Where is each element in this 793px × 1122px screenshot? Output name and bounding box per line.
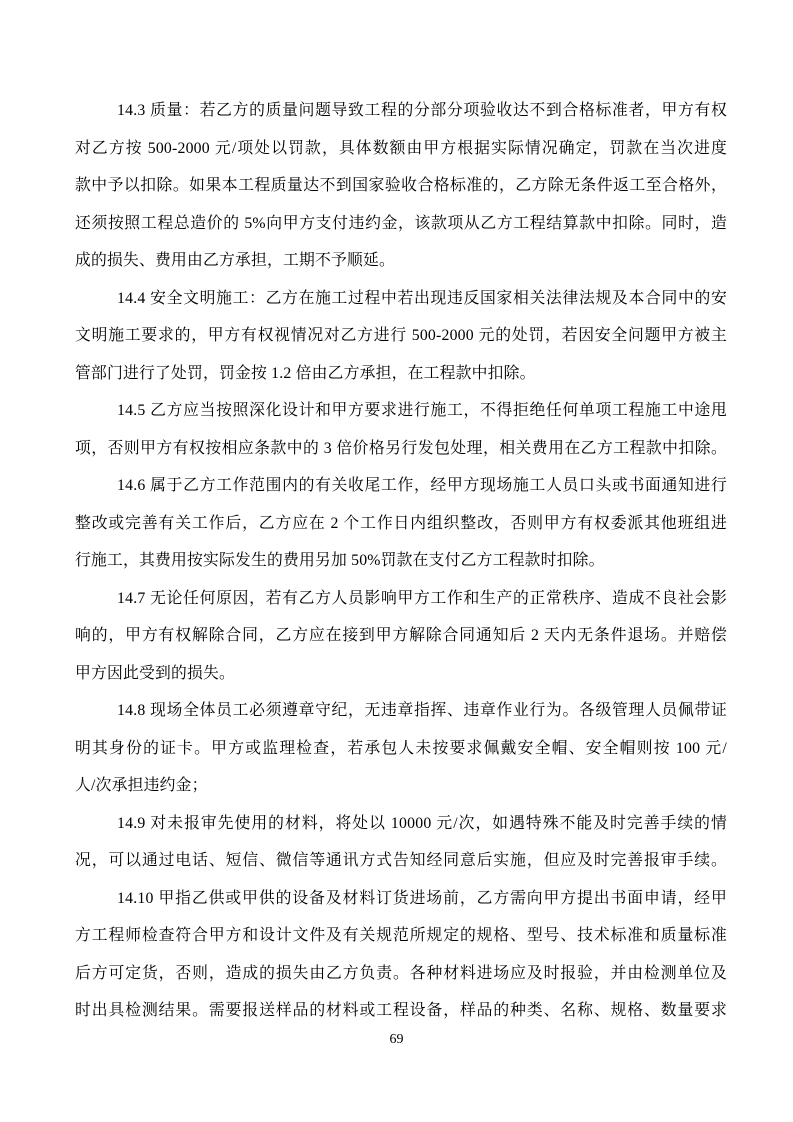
text-line: 时出具检测结果。需要报送样品的材料或工程设备，样品的种类、名称、规格、数量要求: [75, 992, 727, 1030]
text-line: 行施工，其费用按实际发生的费用另加 50%罚款在支付乙方工程款时扣除。: [75, 542, 727, 580]
text-line: 还须按照工程总造价的 5%向甲方支付违约金，该款项从乙方工程结算款中扣除。同时，…: [75, 205, 727, 243]
page-number: 69: [0, 1030, 793, 1050]
text-line: 14.7 无论任何原因，若有乙方人员影响甲方工作和生产的正常秩序、造成不良社会影: [75, 580, 727, 618]
text-line: 对乙方按 500-2000 元/项处以罚款，具体数额由甲方根据实际情况确定，罚款…: [75, 130, 727, 168]
text-line: 况，可以通过电话、短信、微信等通讯方式告知经同意后实施，但应及时完善报审手续。: [75, 842, 727, 880]
text-line: 后方可定货，否则，造成的损失由乙方负责。各种材料进场应及时报验，并由检测单位及: [75, 955, 727, 993]
text-line: 明其身份的证卡。甲方或监理检查，若承包人未按要求佩戴安全帽、安全帽则按 100 …: [75, 730, 727, 768]
contract-clauses: 14.3 质量：若乙方的质量问题导致工程的分部分项验收达不到合格标准者，甲方有权…: [75, 92, 727, 1030]
text-line: 14.4 安全文明施工：乙方在施工过程中若出现违反国家相关法律法规及本合同中的安: [75, 280, 727, 318]
clause-14-4: 14.4 安全文明施工：乙方在施工过程中若出现违反国家相关法律法规及本合同中的安…: [75, 280, 727, 393]
text-line: 14.10 甲指乙供或甲供的设备及材料订货进场前，乙方需向甲方提出书面申请，经甲: [75, 880, 727, 918]
text-line: 成的损失、费用由乙方承担，工期不予顺延。: [75, 242, 727, 280]
clause-14-9: 14.9 对未报审先使用的材料，将处以 10000 元/次，如遇特殊不能及时完善…: [75, 805, 727, 880]
document-page: 14.3 质量：若乙方的质量问题导致工程的分部分项验收达不到合格标准者，甲方有权…: [0, 0, 793, 1122]
text-line: 文明施工要求的，甲方有权视情况对乙方进行 500-2000 元的处罚，若因安全问…: [75, 317, 727, 355]
text-line: 项，否则甲方有权按相应条款中的 3 倍价格另行发包处理，相关费用在乙方工程款中扣…: [75, 430, 727, 468]
text-line: 管部门进行了处罚，罚金按 1.2 倍由乙方承担，在工程款中扣除。: [75, 355, 727, 393]
text-line: 14.9 对未报审先使用的材料，将处以 10000 元/次，如遇特殊不能及时完善…: [75, 805, 727, 843]
clause-14-5: 14.5 乙方应当按照深化设计和甲方要求进行施工，不得拒绝任何单项工程施工中途甩…: [75, 392, 727, 467]
text-line: 人/次承担违约金；: [75, 767, 727, 805]
text-line: 整改或完善有关工作后，乙方应在 2 个工作日内组织整改，否则甲方有权委派其他班组…: [75, 505, 727, 543]
clause-14-3: 14.3 质量：若乙方的质量问题导致工程的分部分项验收达不到合格标准者，甲方有权…: [75, 92, 727, 280]
text-line: 14.8 现场全体员工必须遵章守纪，无违章指挥、违章作业行为。各级管理人员佩带证: [75, 692, 727, 730]
text-line: 14.3 质量：若乙方的质量问题导致工程的分部分项验收达不到合格标准者，甲方有权: [75, 92, 727, 130]
clause-14-8: 14.8 现场全体员工必须遵章守纪，无违章指挥、违章作业行为。各级管理人员佩带证…: [75, 692, 727, 805]
text-line: 响的，甲方有权解除合同，乙方应在接到甲方解除合同通知后 2 天内无条件退场。并赔…: [75, 617, 727, 655]
text-line: 14.5 乙方应当按照深化设计和甲方要求进行施工，不得拒绝任何单项工程施工中途甩: [75, 392, 727, 430]
clause-14-6: 14.6 属于乙方工作范围内的有关收尾工作，经甲方现场施工人员口头或书面通知进行…: [75, 467, 727, 580]
clause-14-10: 14.10 甲指乙供或甲供的设备及材料订货进场前，乙方需向甲方提出书面申请，经甲…: [75, 880, 727, 1030]
text-line: 款中予以扣除。如果本工程质量达不到国家验收合格标准的，乙方除无条件返工至合格外，: [75, 167, 727, 205]
text-line: 14.6 属于乙方工作范围内的有关收尾工作，经甲方现场施工人员口头或书面通知进行: [75, 467, 727, 505]
clause-14-7: 14.7 无论任何原因，若有乙方人员影响甲方工作和生产的正常秩序、造成不良社会影…: [75, 580, 727, 693]
text-line: 方工程师检查符合甲方和设计文件及有关规范所规定的规格、型号、技术标准和质量标准: [75, 917, 727, 955]
text-line: 甲方因此受到的损失。: [75, 655, 727, 693]
